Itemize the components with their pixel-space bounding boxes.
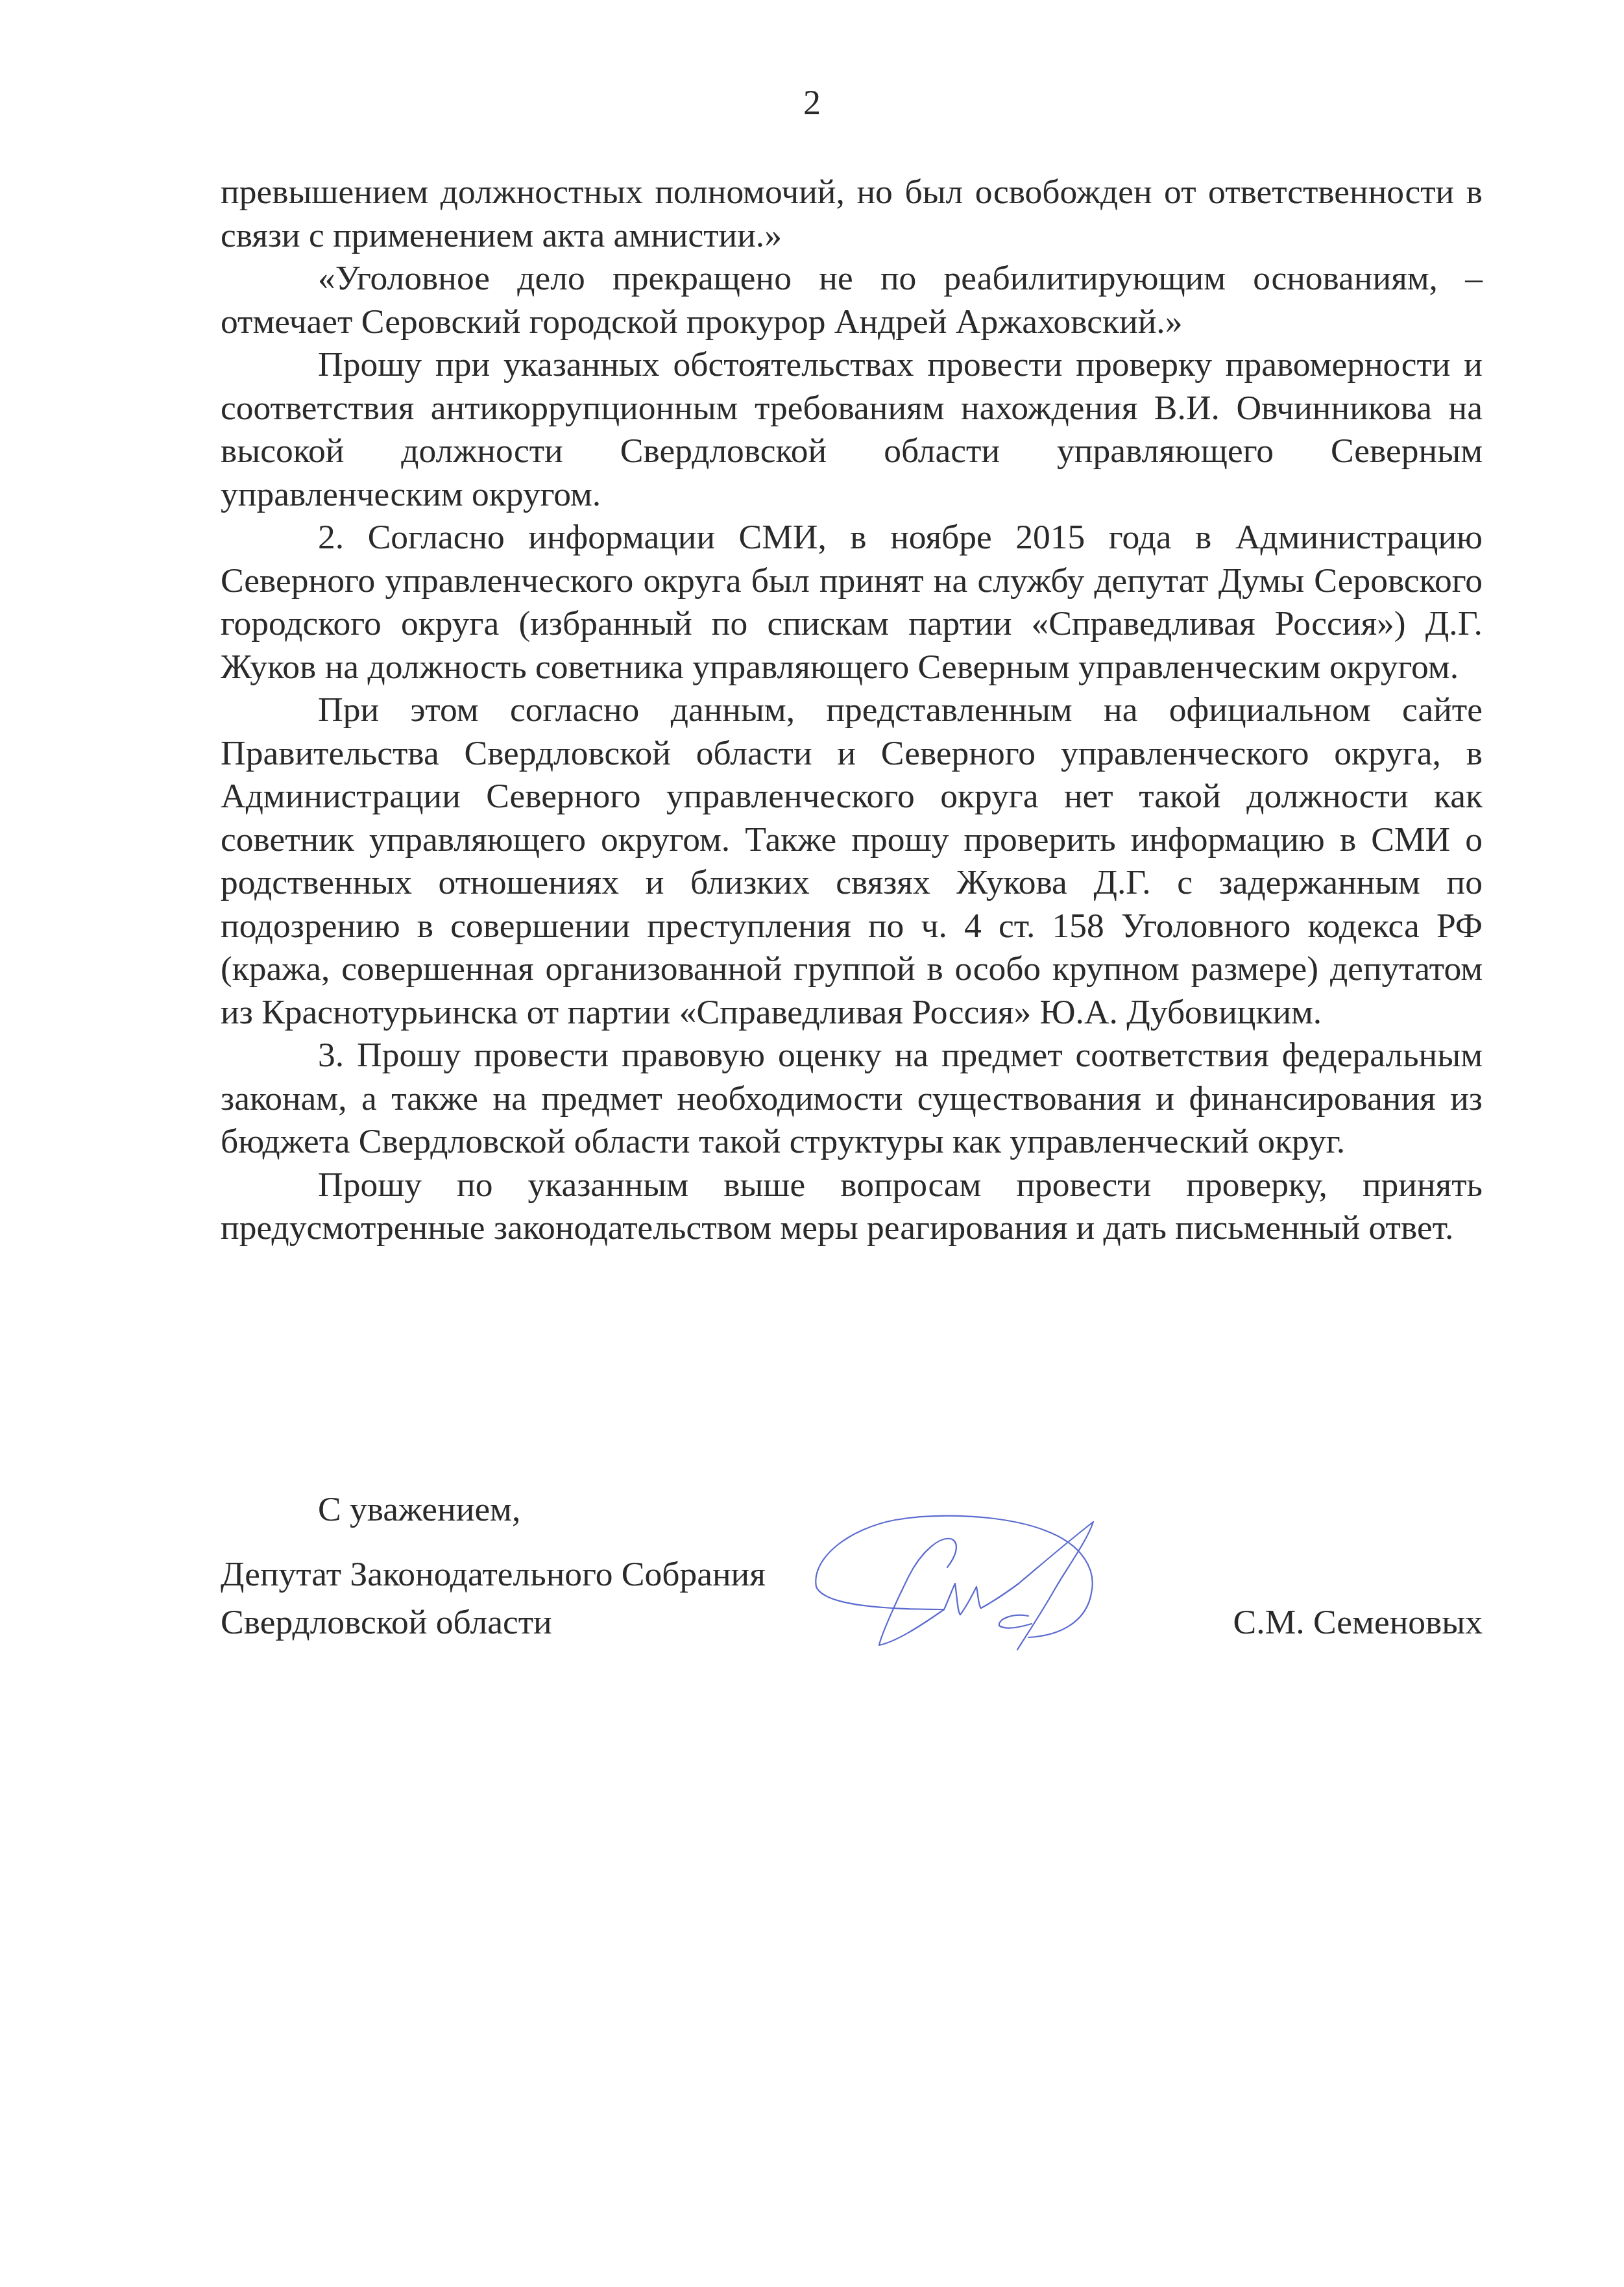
paragraph-item-3: 3. Прошу провести правовую оценку на пре… — [221, 1033, 1483, 1163]
closing-salutation: С уважением, — [318, 1487, 520, 1530]
signer-title-line-2: Свердловской области — [221, 1600, 552, 1643]
paragraph-final-request: Прошу по указанным выше вопросам провест… — [221, 1163, 1483, 1249]
letter-body: превышением должностных полномочий, но б… — [221, 170, 1483, 1249]
handwritten-signature-icon — [811, 1480, 1168, 1674]
page-number: 2 — [0, 83, 1624, 122]
paragraph-item-2: 2. Согласно информации СМИ, в ноябре 201… — [221, 515, 1483, 688]
paragraph-request-1: Прошу при указанных обстоятельствах пров… — [221, 343, 1483, 515]
signer-name: С.М. Семеновых — [1233, 1600, 1483, 1643]
signer-title-line-1: Депутат Законодательного Собрания — [221, 1552, 766, 1595]
paragraph-prosecutor-quote: «Уголовное дело прекращено не по реабили… — [221, 256, 1483, 343]
paragraph-item-2-details: При этом согласно данным, представленным… — [221, 688, 1483, 1033]
paragraph-amnesty: превышением должностных полномочий, но б… — [221, 170, 1483, 256]
